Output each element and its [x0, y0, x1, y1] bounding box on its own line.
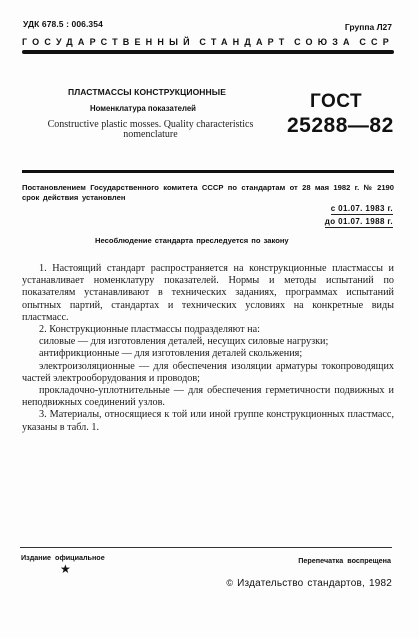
official-edition-label: Издание официальное [21, 553, 105, 562]
title-english-line: nomenclature [33, 130, 268, 140]
banner-word: ГОСУДАРСТВЕННЫЙ [22, 37, 195, 47]
title-divider [22, 170, 394, 173]
valid-to-date: до 01.07. 1988 г. [325, 217, 393, 228]
header-divider [22, 50, 394, 54]
banner-word: ССР [359, 37, 394, 47]
footer-divider [20, 547, 392, 548]
paragraph: прокладочно-уплотнительные — для обеспеч… [22, 385, 394, 409]
publisher-name: Издательство стандартов, 1982 [237, 578, 392, 589]
decree-text: Постановлением Государственного комитета… [22, 183, 394, 203]
legal-notice: Несоблюдение стандарта преследуется по з… [95, 236, 289, 245]
reprint-prohibited-label: Перепечатка воспрещена [298, 556, 391, 565]
gost-label: ГОСТ [310, 91, 362, 113]
valid-from-date: с 01.07. 1983 г. [331, 204, 393, 215]
paragraph: силовые — для изготовления деталей, несу… [22, 336, 394, 348]
banner-word: СТАНДАРТ [199, 37, 289, 47]
copyright-icon: © [226, 578, 233, 588]
state-standard-banner: ГОСУДАРСТВЕННЫЙ СТАНДАРТ СОЮЗА ССР [22, 37, 394, 47]
standard-title: ПЛАСТМАССЫ КОНСТРУКЦИОННЫЕ [68, 87, 226, 97]
standard-title-english: Constructive plastic mosses. Quality cha… [33, 120, 268, 140]
standard-subtitle: Номенклатура показателей [90, 104, 196, 113]
document-body: 1. Настоящий стандарт распространяется н… [22, 263, 394, 434]
paragraph: электроизоляционные — для обеспечения из… [22, 361, 394, 385]
paragraph: антифрикционные — для изготовления детал… [22, 348, 394, 360]
udk-code: УДК 678.5 : 006.354 [23, 19, 103, 29]
paragraph: 1. Настоящий стандарт распространяется н… [22, 263, 394, 324]
gost-number: 25288—82 [287, 114, 394, 138]
group-code: Группа Л27 [345, 22, 392, 32]
paragraph: 3. Материалы, относящиеся к той или иной… [22, 409, 394, 433]
publisher-line: ©Издательство стандартов, 1982 [226, 578, 392, 589]
paragraph: 2. Конструкционные пластмассы подразделя… [22, 324, 394, 336]
star-icon: ★ [60, 562, 71, 576]
banner-word: СОЮЗА [294, 37, 355, 47]
